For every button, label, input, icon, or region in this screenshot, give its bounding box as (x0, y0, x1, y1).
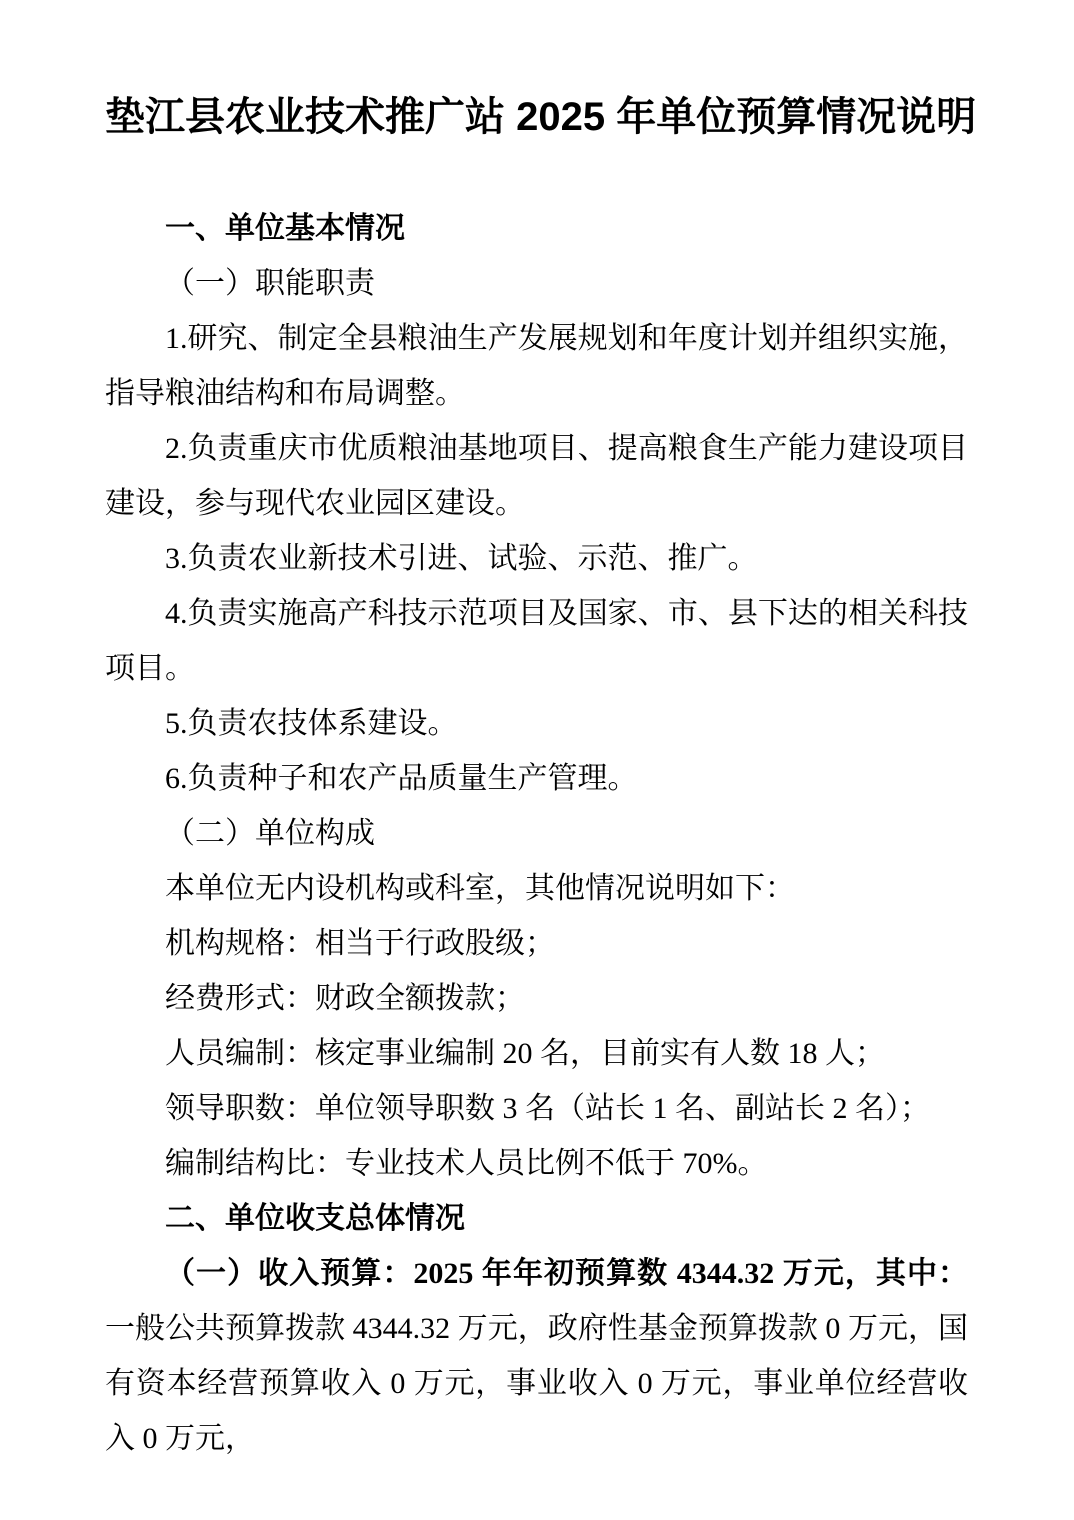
paragraph-body: 领导职数：单位领导职数 3 名（站长 1 名、副站长 2 名）； (105, 1081, 968, 1136)
paragraph-body: 经费形式：财政全额拨款； (105, 971, 968, 1026)
document-page: 垫江县农业技术推广站 2025 年单位预算情况说明 一、单位基本情况（一）职能职… (0, 0, 1074, 1520)
paragraph-body: 6.负责种子和农产品质量生产管理。 (105, 751, 968, 806)
paragraph-body-lead-bold: （一）收入预算：2025 年年初预算数 4344.32 万元，其中：一般公共预算… (105, 1246, 968, 1466)
paragraph-heading: 一、单位基本情况 (105, 201, 968, 256)
document-title: 垫江县农业技术推广站 2025 年单位预算情况说明 (105, 86, 968, 148)
paragraph-body: 2.负责重庆市优质粮油基地项目、提高粮食生产能力建设项目建设，参与现代农业园区建… (105, 421, 968, 531)
paragraph-body: 3.负责农业新技术引进、试验、示范、推广。 (105, 531, 968, 586)
paragraph-body: 1.研究、制定全县粮油生产发展规划和年度计划并组织实施，指导粮油结构和布局调整。 (105, 311, 968, 421)
paragraph-heading: 二、单位收支总体情况 (105, 1191, 968, 1246)
paragraph-subheading: （二）单位构成 (105, 806, 968, 861)
paragraph-body: 5.负责农技体系建设。 (105, 696, 968, 751)
paragraph-body: 本单位无内设机构或科室，其他情况说明如下： (105, 861, 968, 916)
document-body: 一、单位基本情况（一）职能职责1.研究、制定全县粮油生产发展规划和年度计划并组织… (105, 201, 968, 1466)
paragraph-body: 人员编制：核定事业编制 20 名，目前实有人数 18 人； (105, 1026, 968, 1081)
paragraph-body: 机构规格：相当于行政股级； (105, 916, 968, 971)
paragraph-body: 编制结构比：专业技术人员比例不低于 70%。 (105, 1136, 968, 1191)
paragraph-body: 4.负责实施高产科技示范项目及国家、市、县下达的相关科技项目。 (105, 586, 968, 696)
paragraph-subheading: （一）职能职责 (105, 256, 968, 311)
